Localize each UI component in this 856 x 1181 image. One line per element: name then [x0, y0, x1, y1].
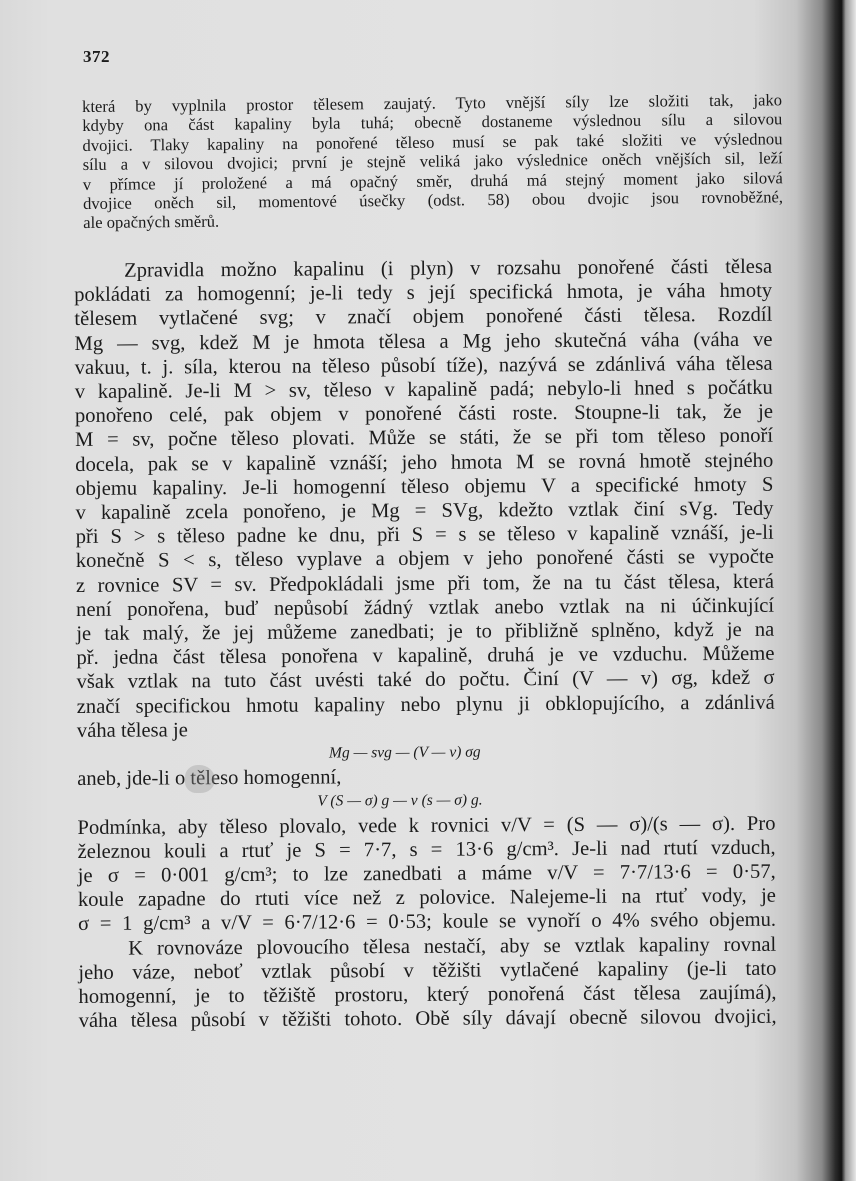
page-number: 372 [83, 47, 110, 67]
paragraph-1-line: značí specifickou hmotu kapaliny nebo pl… [77, 690, 775, 718]
paragraph-1-line: tělesem vytlačené svg; v značí objem pon… [74, 303, 772, 331]
continuation-paragraph: která by vyplnila prostor tělesem zaujat… [82, 90, 783, 233]
paragraph-3-line: váha tělesa působí v těžišti tohoto. Obě… [79, 1005, 777, 1033]
main-text: Zpravidla možno kapalinu (i plyn) v rozs… [74, 255, 777, 1034]
paragraph-1-line: M = sv, počne těleso plovati. Může se st… [75, 424, 773, 452]
scanned-book-page: 372 která by vyplnila prostor tělesem za… [0, 0, 856, 1181]
paper-stain [185, 765, 215, 793]
